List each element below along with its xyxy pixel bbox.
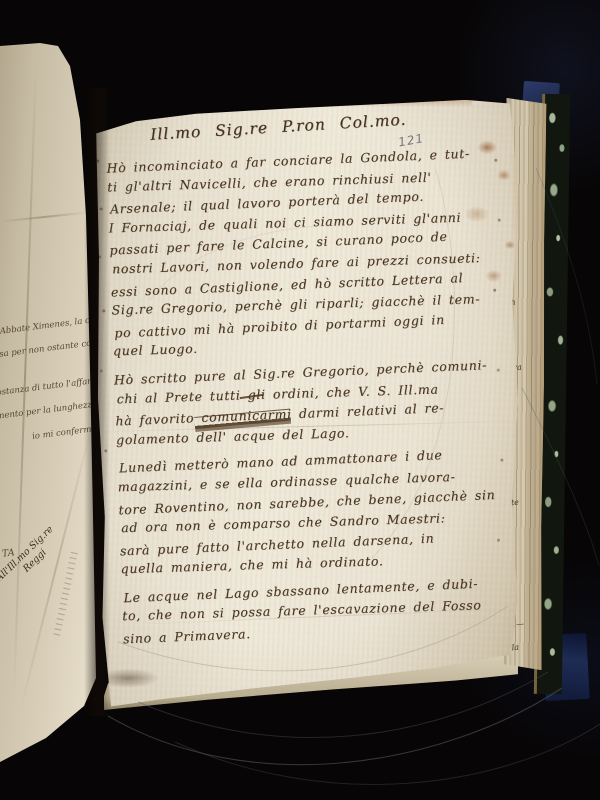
margin-fragment: circostanza di tutto l'affare bbox=[0, 376, 97, 400]
manuscript-text: Hò incominciato a far conciare la Gondol… bbox=[106, 145, 527, 650]
ink-stain bbox=[100, 665, 170, 691]
margin-fragment: timento per la lunghezza bbox=[0, 399, 97, 422]
left-page: Sig: Abbate Ximenes, la cril guisa per n… bbox=[0, 38, 100, 768]
thread-curve bbox=[175, 724, 600, 784]
margin-fragment: Sig: Abbate Ximenes, la cri bbox=[0, 315, 97, 339]
margin-fragment: io mi confermo bbox=[32, 424, 98, 442]
photo-scene: Sig: Abbate Ximenes, la cril guisa per n… bbox=[0, 0, 600, 800]
edge-ink-mark: la bbox=[511, 643, 519, 653]
ink-stain bbox=[152, 95, 472, 109]
manuscript-page: + Ill.mo Sig.re P.ron Col.mo. 121 Hò inc… bbox=[92, 94, 528, 709]
left-page-text-fragments: Sig: Abbate Ximenes, la cril guisa per n… bbox=[0, 38, 100, 768]
header-cross-mark: + bbox=[141, 105, 152, 119]
ink-stain bbox=[96, 159, 99, 162]
margin-fragment: l guisa per non ostante con bbox=[0, 338, 97, 362]
